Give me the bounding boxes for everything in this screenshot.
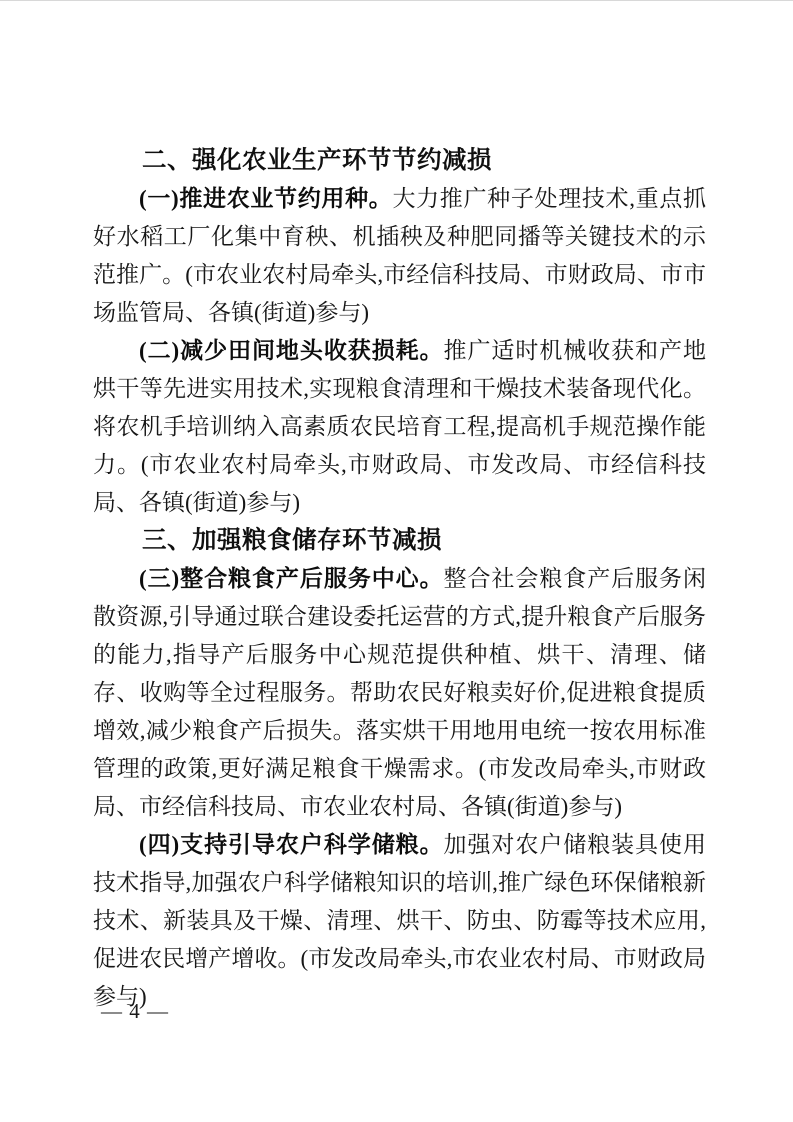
paragraph-4-lead: (四)支持引导农户科学储粮。 bbox=[139, 832, 444, 857]
paragraph-2-body: 推广适时机械收获和产地烘干等先进实用技术,实现粮食清理和干燥技术装备现代化。将农… bbox=[93, 338, 706, 515]
paragraph-1: (一)推进农业节约用种。大力推广种子处理技术,重点抓好水稻工厂化集中育秧、机插秧… bbox=[93, 180, 706, 332]
paragraph-4-body: 加强对农户储粮装具使用技术指导,加强农户科学储粮知识的培训,推广绿色环保储粮新技… bbox=[93, 832, 706, 1009]
paragraph-1-lead: (一)推进农业节约用种。 bbox=[139, 186, 392, 211]
page-number: — 4 — bbox=[101, 998, 169, 1024]
section-heading-3: 三、加强粮食储存环节减损 bbox=[93, 522, 706, 560]
paragraph-2-lead: (二)减少田间地头收获损耗。 bbox=[139, 338, 444, 363]
paragraph-3-body: 整合社会粮食产后服务闲散资源,引导通过联合建设委托运营的方式,提升粮食产后服务的… bbox=[93, 566, 706, 819]
document-page: 二、强化农业生产环节节约减损 (一)推进农业节约用种。大力推广种子处理技术,重点… bbox=[0, 0, 793, 1122]
paragraph-4: (四)支持引导农户科学储粮。加强对农户储粮装具使用技术指导,加强农户科学储粮知识… bbox=[93, 826, 706, 1016]
paragraph-3-lead: (三)整合粮食产后服务中心。 bbox=[139, 566, 444, 591]
section-heading-2: 二、强化农业生产环节节约减损 bbox=[93, 142, 706, 180]
document-content: 二、强化农业生产环节节约减损 (一)推进农业节约用种。大力推广种子处理技术,重点… bbox=[93, 142, 706, 1016]
paragraph-2: (二)减少田间地头收获损耗。推广适时机械收获和产地烘干等先进实用技术,实现粮食清… bbox=[93, 332, 706, 522]
paragraph-3: (三)整合粮食产后服务中心。整合社会粮食产后服务闲散资源,引导通过联合建设委托运… bbox=[93, 560, 706, 826]
